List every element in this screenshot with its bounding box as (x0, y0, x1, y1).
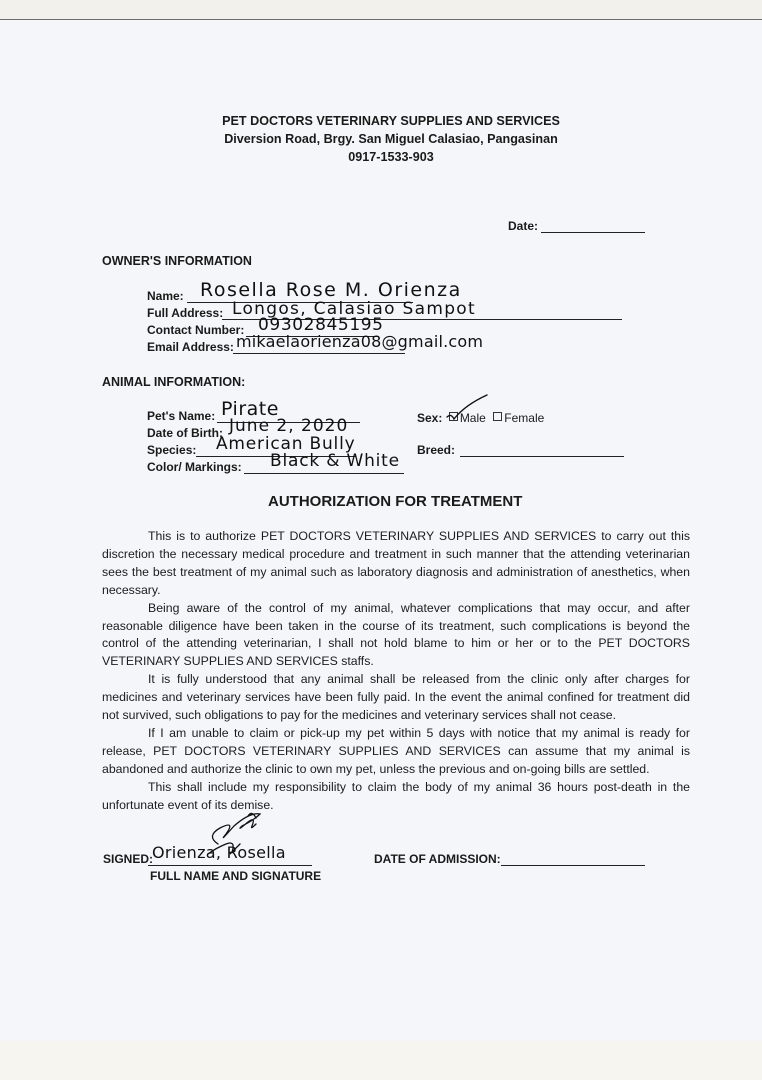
species-label: Species: (147, 443, 196, 457)
color-line (244, 473, 404, 474)
sex-label: Sex: (417, 411, 442, 425)
scan-edge-bottom (0, 1041, 762, 1080)
authorization-paragraph: It is fully understood that any animal s… (102, 671, 690, 725)
owner-name-field[interactable]: Rosella Rose M. Orienza (200, 279, 462, 301)
dob-label: Date of Birth: (147, 426, 223, 440)
sex-female-label: Female (504, 411, 544, 425)
authorization-paragraph: This shall include my responsibility to … (102, 779, 690, 815)
admission-date-field[interactable] (501, 865, 645, 866)
signature-line (148, 865, 312, 866)
signature-scribble-icon (196, 804, 266, 862)
color-field[interactable]: Black & White (270, 451, 400, 471)
authorization-title: AUTHORIZATION FOR TREATMENT (268, 493, 522, 510)
business-phone: 0917-1533-903 (0, 150, 762, 164)
color-label: Color/ Markings: (147, 460, 242, 474)
date-label: Date: (508, 219, 538, 233)
animal-section-title: ANIMAL INFORMATION: (102, 375, 245, 389)
breed-label: Breed: (417, 443, 455, 457)
pet-name-label: Pet's Name: (147, 409, 215, 423)
authorization-body: This is to authorize PET DOCTORS VETERIN… (102, 528, 690, 815)
owner-email-field[interactable]: mikaelaorienza08@gmail.com (236, 332, 483, 351)
owner-contact-label: Contact Number: (147, 323, 244, 337)
breed-field[interactable] (460, 456, 624, 457)
date-field[interactable] (541, 232, 645, 233)
authorization-paragraph: If I am unable to claim or pick-up my pe… (102, 725, 690, 779)
authorization-paragraph: Being aware of the control of my animal,… (102, 600, 690, 672)
owner-section-title: OWNER'S INFORMATION (102, 254, 252, 268)
scan-edge-top (0, 0, 762, 20)
business-name: PET DOCTORS VETERINARY SUPPLIES AND SERV… (0, 114, 762, 128)
owner-address-label: Full Address: (147, 306, 223, 320)
owner-name-label: Name: (147, 289, 184, 303)
owner-email-label: Email Address: (147, 340, 234, 354)
male-checkmark-icon (445, 393, 490, 423)
signed-label: SIGNED: (103, 852, 153, 866)
business-address: Diversion Road, Brgy. San Miguel Calasia… (0, 132, 762, 146)
sex-female-checkbox[interactable] (493, 412, 502, 421)
dob-field[interactable]: June 2, 2020 (229, 416, 348, 436)
authorization-paragraph: This is to authorize PET DOCTORS VETERIN… (102, 528, 690, 600)
signature-caption: FULL NAME AND SIGNATURE (150, 869, 321, 883)
owner-email-line (233, 353, 405, 354)
admission-label: DATE OF ADMISSION: (374, 852, 501, 866)
